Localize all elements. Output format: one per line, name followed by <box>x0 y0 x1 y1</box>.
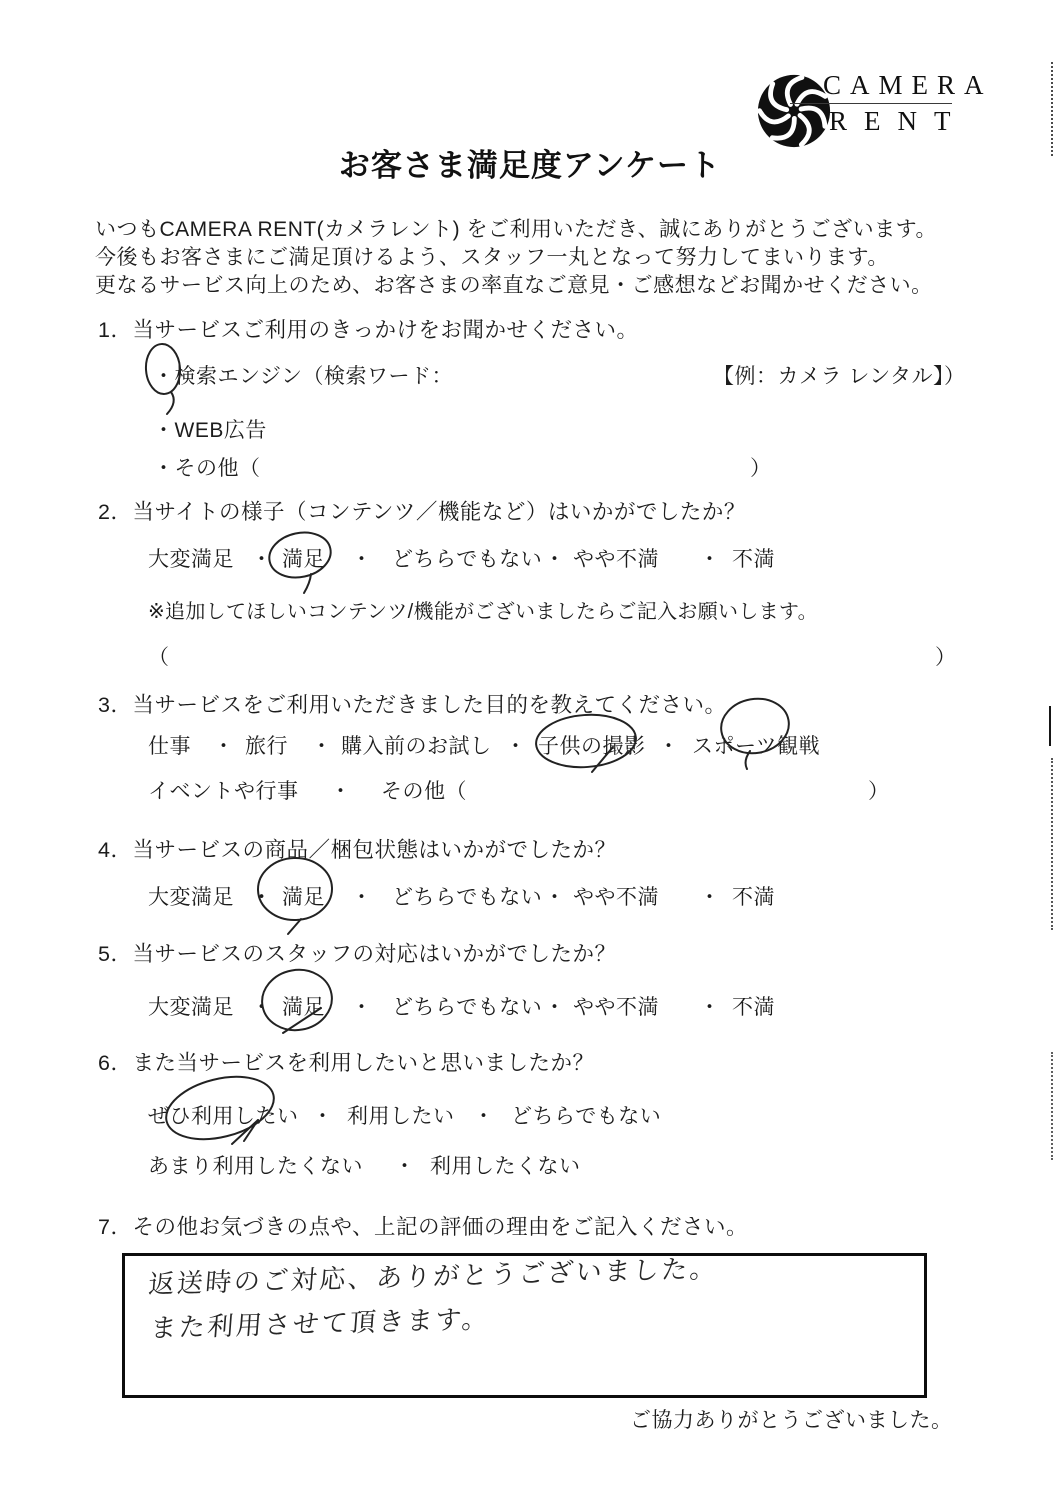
dot-separator: ・ <box>505 730 527 760</box>
scan-artifact-line <box>1049 706 1051 746</box>
q3-option-child-photography: 子供の撮影 <box>538 730 646 760</box>
q2-option-slightly-dissatisfied: やや不満 <box>573 543 659 573</box>
q2-header: 2．当サイトの様子（コンテンツ／機能など）はいかがでしたか？ <box>98 495 746 526</box>
logo-text-camera: CAMERA <box>823 70 993 101</box>
q2-option-very-satisfied: 大変満足 <box>148 543 234 573</box>
dot-separator: ・ <box>544 991 566 1021</box>
q1-option-other-close: ） <box>750 452 772 482</box>
q5-option-dissatisfied: 不満 <box>732 991 775 1021</box>
q2-option-satisfied: 満足 <box>282 543 325 573</box>
dot-separator: ・ <box>213 730 235 760</box>
dot-separator: ・ <box>251 991 273 1021</box>
q3-option-work: 仕事 <box>148 730 191 760</box>
dot-separator: ・ <box>699 881 721 911</box>
q1-header: 1．当サービスご利用のきっかけをお聞かせください。 <box>98 313 638 344</box>
q5-header: 5．当サービスのスタッフの対応はいかがでしたか？ <box>98 937 616 968</box>
dot-separator: ・ <box>311 730 333 760</box>
q4-option-slightly-dissatisfied: やや不満 <box>573 881 659 911</box>
q3-option-trial-before-purchase: 購入前のお試し <box>341 730 492 760</box>
q5-option-neutral: どちらでもない <box>392 991 542 1021</box>
dot-separator: ・ <box>394 1150 416 1180</box>
intro-line-3: 更なるサービス向上のため、お客さまの率直なご意見・ご感想などお聞かせください。 <box>95 269 933 299</box>
q3-option-events: イベントや行事 <box>148 775 299 805</box>
dot-separator: ・ <box>351 881 373 911</box>
intro-line-2: 今後もお客さまにご満足頂けるよう、スタッフ一丸となって努力してまいります。 <box>95 241 889 271</box>
scan-artifact-dots-top <box>1051 62 1053 156</box>
q7-header: 7．その他お気づきの点や、上記の評価の理由をご記入ください。 <box>98 1210 748 1241</box>
q2-freeform-close: ） <box>935 641 957 671</box>
q1-option-web-ad: ・WEB広告 <box>153 414 267 444</box>
q1-search-example: 【例：カメラ レンタル】） <box>713 360 965 390</box>
q6-option-neutral: どちらでもない <box>511 1100 661 1130</box>
q5-option-very-satisfied: 大変満足 <box>148 991 234 1021</box>
footer-thanks: ご協力ありがとうございました。 <box>630 1404 953 1434</box>
logo-divider <box>790 103 952 104</box>
dot-separator: ・ <box>544 543 566 573</box>
dot-separator: ・ <box>251 543 273 573</box>
q5-option-slightly-dissatisfied: やや不満 <box>573 991 659 1021</box>
q3-option-travel: 旅行 <box>245 730 288 760</box>
q3-header: 3．当サービスをご利用いただきました目的を教えてください。 <box>98 688 726 719</box>
dot-separator: ・ <box>312 1100 334 1130</box>
scan-artifact-dots-middle <box>1051 758 1053 930</box>
dot-separator: ・ <box>351 543 373 573</box>
q3-option-other-close: ） <box>868 775 890 805</box>
q1-option-search-engine: ・検索エンジン（検索ワード： <box>153 360 453 390</box>
q4-header: 4．当サービスの商品／梱包状態はいかがでしたか？ <box>98 833 616 864</box>
q4-option-neutral: どちらでもない <box>392 881 542 911</box>
dot-separator: ・ <box>330 775 352 805</box>
aperture-icon <box>755 72 833 150</box>
q2-option-neutral: どちらでもない <box>392 543 542 573</box>
q1-option-other: ・その他（ <box>153 452 261 482</box>
intro-line-1: いつもCAMERA RENT(カメラレント) をご利用いただき、誠にありがとうご… <box>95 213 937 243</box>
dot-separator: ・ <box>699 991 721 1021</box>
dot-separator: ・ <box>544 881 566 911</box>
q4-option-very-satisfied: 大変満足 <box>148 881 234 911</box>
dot-separator: ・ <box>658 730 680 760</box>
q4-option-satisfied: 満足 <box>282 881 325 911</box>
q5-option-satisfied: 満足 <box>282 991 325 1021</box>
page-title: お客さま満足度アンケート <box>0 140 1060 185</box>
q6-option-definitely-use-again: ぜひ利用したい <box>148 1100 299 1130</box>
dot-separator: ・ <box>473 1100 495 1130</box>
dot-separator: ・ <box>351 991 373 1021</box>
logo-text-rent: RENT <box>829 106 968 137</box>
q2-note: ※追加してほしいコンテンツ/機能がございましたらご記入お願いします。 <box>148 595 818 624</box>
q6-option-rather-not-use: あまり利用したくない <box>148 1150 363 1180</box>
q6-option-use-again: 利用したい <box>347 1100 455 1130</box>
q3-option-sports-watching: スポーツ観戦 <box>692 730 820 760</box>
q3-option-other: その他（ <box>381 775 467 805</box>
q2-option-dissatisfied: 不満 <box>732 543 775 573</box>
q6-header: 6．また当サービスを利用したいと思いましたか？ <box>98 1046 594 1077</box>
scan-artifact-dots-bottom <box>1051 1052 1053 1160</box>
dot-separator: ・ <box>251 881 273 911</box>
q6-option-not-use: 利用したくない <box>430 1150 581 1180</box>
q2-freeform-open: （ <box>148 641 170 671</box>
q4-option-dissatisfied: 不満 <box>732 881 775 911</box>
dot-separator: ・ <box>699 543 721 573</box>
